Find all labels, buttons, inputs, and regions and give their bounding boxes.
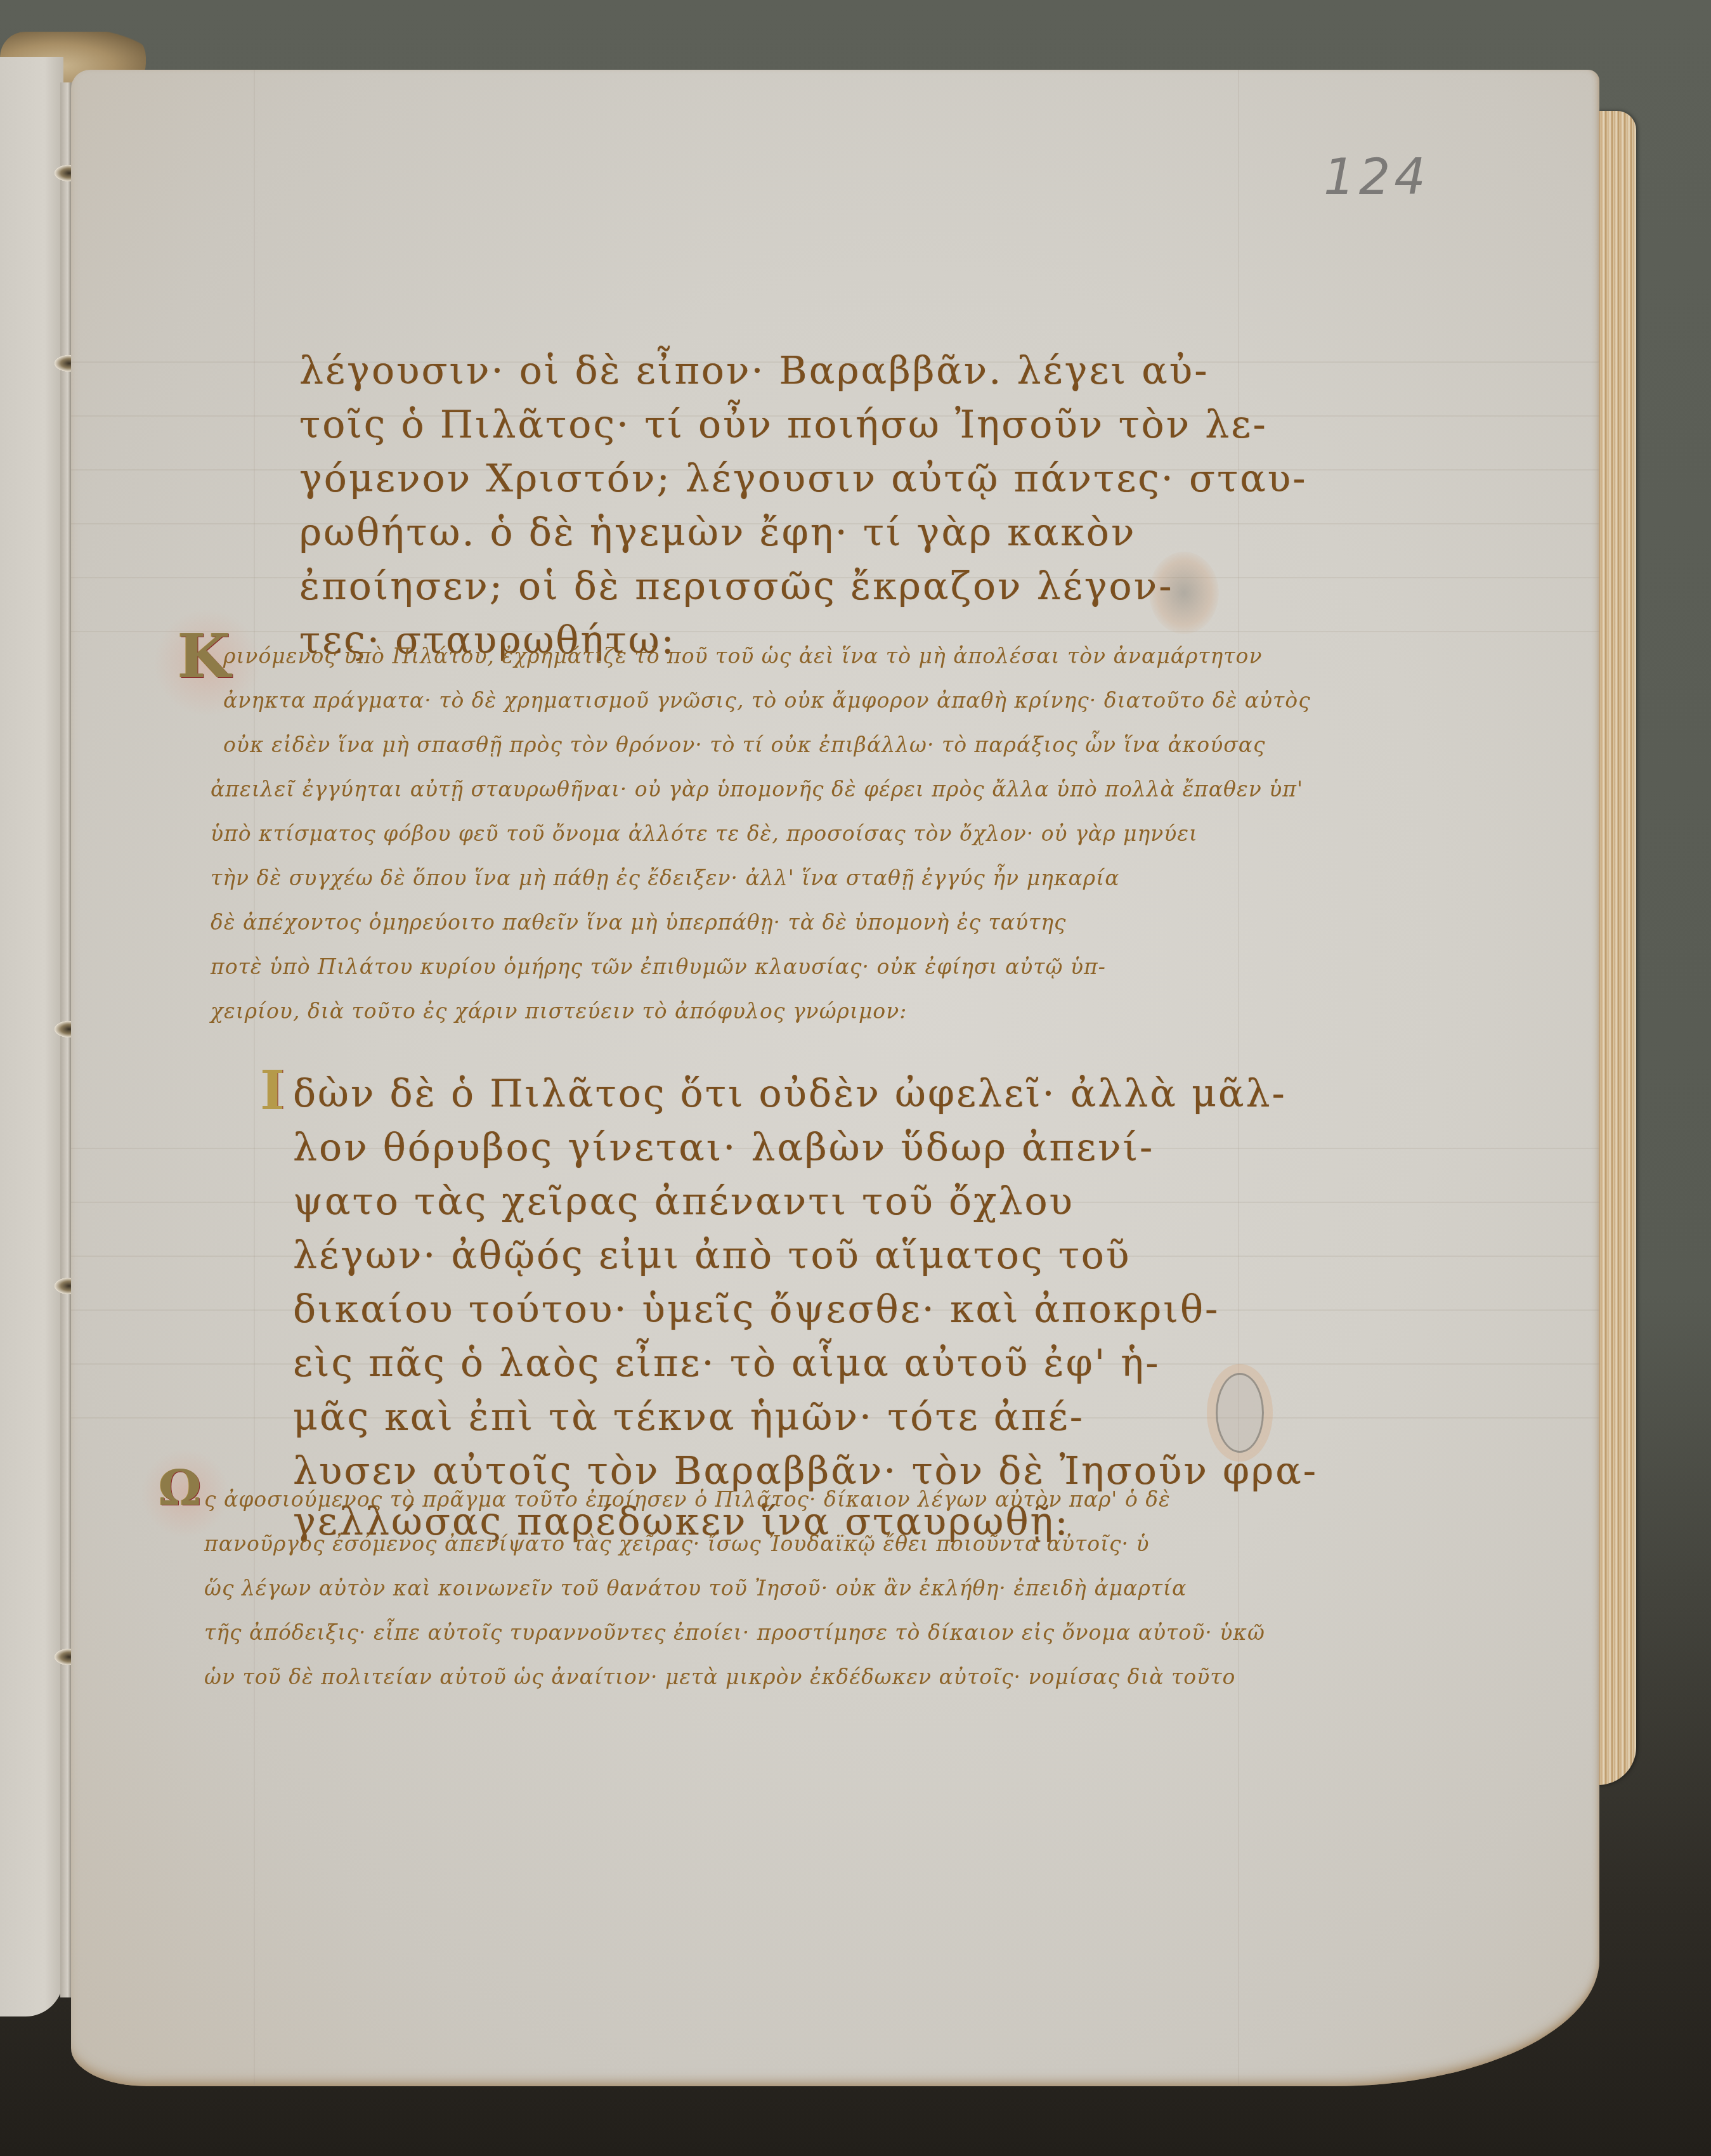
folio-number: 124 [1324, 149, 1429, 206]
facing-page-left [0, 57, 63, 2016]
main-text-line: δὼν δὲ ὁ Πιλᾶτος ὅτι οὐδὲν ὠφελεῖ· ἀλλὰ … [293, 1072, 1287, 1116]
oval-ring-stain [1216, 1373, 1264, 1453]
main-text-line: τοῖς ὁ Πιλᾶτος· τί οὖν ποιήσω Ἰησοῦν τὸν… [299, 403, 1268, 447]
commentary-line: χειρίου, διὰ τοῦτο ἐς χάριν πιστεύειν τὸ… [211, 999, 907, 1023]
commentary-line: ὥς λέγων αὐτὸν καὶ κοινωνεῖν τοῦ θανάτου… [204, 1576, 1187, 1601]
commentary-line: τῆς ἀπόδειξις· εἶπε αὐτοῖς τυραννοῦντες … [204, 1620, 1265, 1645]
gilded-initial-iota: Ι [260, 1059, 285, 1122]
commentary-line: οὐκ εἰδὲν ἵνα μὴ σπασθῇ πρὸς τὸν θρόνον·… [223, 732, 1266, 757]
gilded-initial-omega: Ω [159, 1460, 202, 1516]
commentary-line: ὑπὸ κτίσματος φόβου φεῦ τοῦ ὄνομα ἀλλότε… [211, 821, 1198, 846]
main-text-line: λον θόρυβος γίνεται· λαβὼν ὕδωρ ἀπενί- [293, 1126, 1154, 1170]
commentary-line: ἀπειλεῖ ἐγγύηται αὐτῇ σταυρωθῆναι· οὐ γὰ… [211, 777, 1303, 802]
main-text-line: ἐποίησεν; οἱ δὲ περισσῶς ἔκραζον λέγον- [299, 564, 1174, 609]
main-text-line: δικαίου τούτου· ὑμεῖς ὄψεσθε· καὶ ἀποκρι… [293, 1287, 1220, 1332]
commentary-line: δὲ ἀπέχοντος ὁμηρεύοιτο παθεῖν ἵνα μὴ ὑπ… [211, 910, 1067, 935]
main-text-line: ψατο τὰς χεῖρας ἀπέναντι τοῦ ὄχλου [293, 1179, 1074, 1224]
main-text-line: λέγουσιν· οἱ δὲ εἶπον· Βαραββᾶν. λέγει α… [299, 349, 1209, 393]
commentary-line: ἀνηκτα πράγματα· τὸ δὲ χρηματισμοῦ γνῶσι… [223, 688, 1311, 713]
main-text-line: εὶς πᾶς ὁ λαὸς εἶπε· τὸ αἷμα αὐτοῦ ἐφ' ἡ… [293, 1341, 1161, 1386]
commentary-line: πανοῦργος ἐσόμενος ἀπενίψατο τὰς χεῖρας·… [204, 1531, 1150, 1556]
commentary-line: ρινόμενος ὑπὸ Πιλάτου, ἐχρημάτιζε τὸ ποῦ… [223, 644, 1263, 668]
commentary-line: ὡν τοῦ δὲ πολιτείαν αὐτοῦ ὡς ἀναίτιον· μ… [204, 1665, 1235, 1689]
manuscript-page: 124 λέγουσιν· οἱ δὲ εἶπον· Βαραββᾶν. λέγ… [71, 70, 1599, 2086]
main-text-line: ρωθήτω. ὁ δὲ ἡγεμὼν ἔφη· τί γὰρ κακὸν [299, 510, 1136, 555]
main-text-line: λέγων· ἀθῷός εἰμι ἀπὸ τοῦ αἵματος τοῦ [293, 1233, 1131, 1278]
commentary-line: ς ἀφοσιούμενος τὸ πρᾶγμα τοῦτο ἐποίησεν … [204, 1487, 1171, 1512]
commentary-line: ποτὲ ὑπὸ Πιλάτου κυρίου ὁμήρης τῶν ἐπιθυ… [211, 954, 1106, 979]
commentary-line: τὴν δὲ συγχέω δὲ ὅπου ἵνα μὴ πάθῃ ἐς ἔδε… [211, 866, 1119, 890]
gilded-initial-kappa: Κ [178, 620, 230, 692]
margin-rule [254, 70, 255, 2086]
main-text-line: γόμενον Χριστόν; λέγουσιν αὐτῷ πάντες· σ… [299, 457, 1307, 501]
main-text-line: μᾶς καὶ ἐπὶ τὰ τέκνα ἡμῶν· τότε ἀπέ- [293, 1395, 1084, 1439]
